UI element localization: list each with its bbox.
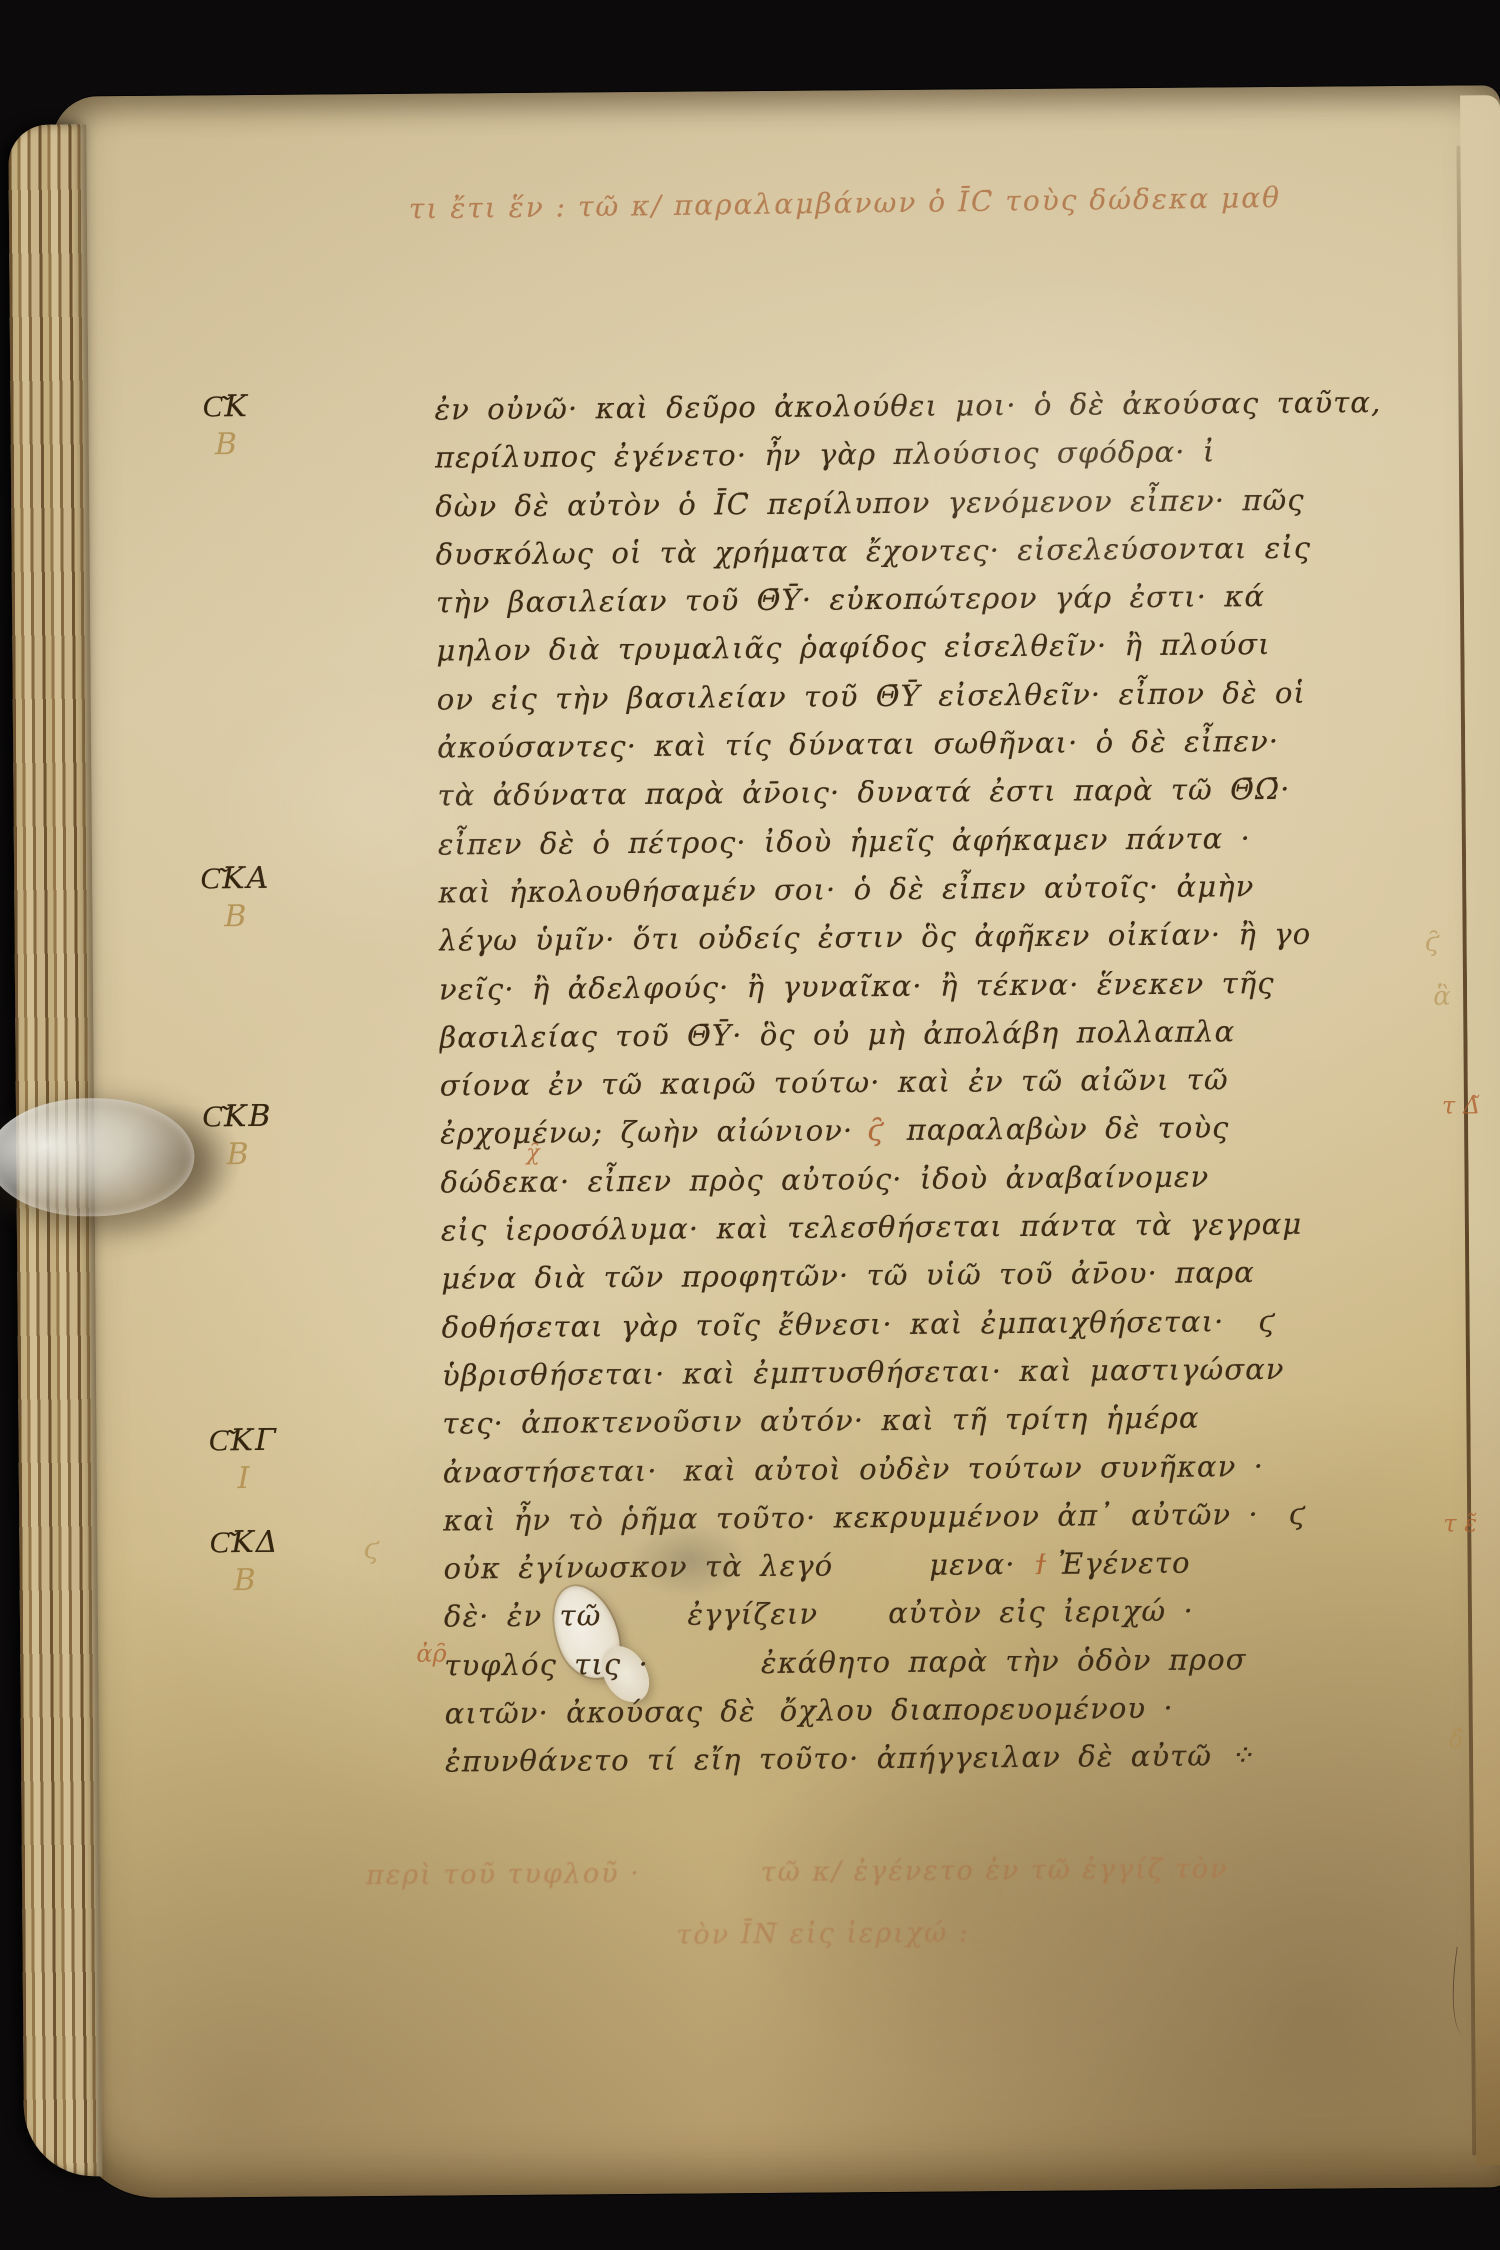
text-part: εἶπεν δὲ ὁ πέτρος· ἰδοὺ ἡμεῖς ἀφήκαμεν π… — [438, 814, 1251, 869]
margin-gold-mark: ἃ — [1433, 982, 1451, 1012]
margin-gold-mark: ϛ — [363, 1532, 379, 1565]
text-part: ἐκάθητο παρὰ τὴν ὁδὸν προσ — [761, 1635, 1247, 1687]
text-part: εἰς ἱεροσόλυμα· καὶ τελεσθήσεται πάντα τ… — [441, 1200, 1303, 1255]
text-part: ἀκούσαντες· καὶ τίς δύναται σωθῆναι· ὁ δ… — [437, 717, 1279, 772]
ammonian-section-number: Ϲ͂Κ — [202, 391, 249, 423]
text-line: τὴν βασιλείαν τοῦ Θ̄Ῡ· εὐκοπώτερον γάρ ἐ… — [436, 571, 1408, 627]
text-line: δώδεκα· εἶπεν πρὸς αὐτούς· ἰδοὺ ἀναβαίνο… — [440, 1151, 1412, 1207]
text-part: τὰ ἀδύνατα παρὰ ἀν̄οις· δυνατά ἐστι παρὰ… — [437, 765, 1290, 820]
text-part: ἐρχομένω; ζωὴν αἰώνιον· — [440, 1107, 853, 1159]
text-part: τὸν ῙΝ̄ εἰς ἰεριχώ : — [676, 1917, 970, 1950]
eusebian-canon-letter: Ι — [209, 1462, 278, 1494]
text-line: ἐν οὐνῶ· καὶ δεῦρο ἀκολούθει μοι· ὁ δὲ ἀ… — [434, 378, 1406, 434]
text-part: οὐκ ἐγίνωσκον τὰ λεγό — [443, 1542, 833, 1593]
text-line: καὶ ἠκολουθήσαμέν σοι· ὁ δὲ εἶπεν αὐτοῖς… — [438, 861, 1410, 917]
photograph-of-manuscript: { "meta": { "description": "Greek Gospel… — [0, 0, 1500, 2250]
text-line: νεῖς· ἢ ἀδελφούς· ἢ γυναῖκα· ἢ τέκνα· ἕν… — [439, 957, 1411, 1013]
lection-note-line2: τὸν ῙΝ̄ εἰς ἰεριχώ : — [676, 1914, 1376, 1950]
text-part: ἀναστήσεται· — [443, 1446, 658, 1496]
text-line: οὐκ ἐγίνωσκον τὰ λεγόμενα·ϯἘγένετο — [443, 1537, 1415, 1593]
text-line: τυφλός τις ·ἐκάθητο παρὰ τὴν ὁδὸν προσ — [444, 1634, 1416, 1690]
section-number-group: Ϲ͂ΚΓΙ — [208, 1425, 278, 1495]
section-number-group: Ϲ͂ΚΔΒ — [209, 1527, 280, 1597]
ammonian-section-number: Ϲ͂ΚΓ — [208, 1425, 277, 1457]
text-line: τὰ ἀδύνατα παρὰ ἀν̄οις· δυνατά ἐστι παρὰ… — [437, 764, 1409, 820]
text-line: καὶ ἦν τὸ ῥῆμα τοῦτο· κεκρυμμένον ἀπ᾽ αὐ… — [443, 1489, 1415, 1545]
text-part: παραλαβὼν δὲ τοὺς — [906, 1104, 1229, 1155]
section-number-group: Ϲ͂ΚΒ — [202, 391, 249, 460]
ammonian-section-number: Ϲ͂ΚΑ — [200, 863, 270, 895]
lection-note-line1: περὶ τοῦ τυφλοῦ ·τῶ κ/ ἐγένετο ἐν τῶ ἐγγ… — [366, 1851, 1476, 1891]
text-line: εἶπεν δὲ ὁ πέτρος· ἰδοὺ ἡμεῖς ἀφήκαμεν π… — [438, 813, 1410, 869]
text-line: αιτῶν· ἀκούσας δὲὄχλου διαπορευομένου · — [445, 1682, 1417, 1738]
text-part: τὴν βασιλείαν τοῦ Θ̄Ῡ· εὐκοπώτερον γάρ ἐ… — [436, 572, 1266, 627]
text-part: τῶ κ/ ἐγένετο ἐν τῶ ἐγγίζ τὸν — [761, 1853, 1229, 1888]
text-part: καὶ αὐτοὶ οὐδὲν τούτων συνῆκαν · — [683, 1442, 1264, 1495]
running-title-rubric: τι ἔτι ἕν : τῶ κ/ παραλαμβάνων ὁ ῙϹ̄ τοὺ… — [409, 179, 1429, 225]
margin-red-mark: χ̑ — [526, 1141, 540, 1166]
ammonian-section-number: Ϲ͂ΚΔ — [209, 1527, 279, 1559]
text-line: ον εἰς τὴν βασιλείαν τοῦ Θ̄Ῡ εἰσελθεῖν· … — [437, 668, 1409, 724]
text-line: δὲ· ἐν τῶἐγγίζειναὐτὸν εἰς ἰεριχώ · — [444, 1585, 1416, 1641]
eusebian-canon-letter: Β — [210, 1564, 280, 1596]
text-part: τες· ἀποκτενοῦσιν αὐτόν· καὶ τῆ τρίτη ἡμ… — [442, 1394, 1200, 1448]
text-part: δυσκόλως οἱ τὰ χρήματα ἔχοντες· εἰσελεύσ… — [435, 524, 1311, 579]
text-part: λέγω ὑμῖν· ὅτι οὐδείς ἐστιν ὃς ἀφῆκεν οἰ… — [438, 910, 1311, 965]
section-number-group: Ϲ͂ΚΑΒ — [200, 863, 271, 933]
text-line: δοθήσεται γὰρ τοῖς ἔθνεσι· καὶ ἐμπαιχθήσ… — [442, 1296, 1414, 1352]
text-part: ὄχλου διαπορευομένου · — [779, 1684, 1173, 1735]
margin-red-mark: ἀρ̑ — [416, 1639, 447, 1667]
text-line: μηλον διὰ τρυμαλιᾶς ῥαφίδος εἰσελθεῖν· ἢ… — [436, 619, 1408, 675]
text-part: σίονα ἐν τῶ καιρῶ τούτω· καὶ ἐν τῶ αἰῶνι… — [440, 1055, 1229, 1109]
text-part: ἐγγίζειν — [687, 1590, 818, 1639]
margin-red-mark: τ ε̃ — [1443, 1509, 1477, 1537]
text-line: βασιλείας τοῦ Θ̄Ῡ· ὃς οὐ μὴ ἀπολάβη πολλ… — [439, 1006, 1411, 1062]
text-line: ἐπυνθάνετο τί εἴη τοῦτο· ἀπήγγειλαν δὲ α… — [445, 1730, 1417, 1786]
text-line: μένα διὰ τῶν προφητῶν· τῶ υἱῶ τοῦ ἀν̄ου·… — [441, 1247, 1413, 1303]
text-part: νεῖς· ἢ ἀδελφούς· ἢ γυναῖκα· ἢ τέκνα· ἕν… — [439, 959, 1275, 1014]
text-part: ϛ — [1289, 1490, 1307, 1538]
section-number-group: Ϲ͂ΚΒΒ — [202, 1101, 273, 1171]
text-part: καὶ ἠκολουθήσαμέν σοι· ὁ δὲ εἶπεν αὐτοῖς… — [438, 862, 1255, 917]
text-part: ἐπυνθάνετο τί εἴη τοῦτο· ἀπήγγειλαν δὲ α… — [445, 1731, 1255, 1786]
text-part: δώδεκα· εἶπεν πρὸς αὐτούς· ἰδοὺ ἀναβαίνο… — [440, 1152, 1209, 1206]
text-part: μένα διὰ τῶν προφητῶν· τῶ υἱῶ τοῦ ἀν̄ου·… — [441, 1248, 1255, 1303]
text-part: δὼν δὲ αὐτὸν ὁ ῙϹ̄ περίλυπον γενόμενον ε… — [435, 475, 1305, 530]
text-line: σίονα ἐν τῶ καιρῶ τούτω· καὶ ἐν τῶ αἰῶνι… — [440, 1054, 1412, 1110]
text-line: δὼν δὲ αὐτὸν ὁ ῙϹ̄ περίλυπον γενόμενον ε… — [435, 475, 1407, 531]
text-part: περίλυπος ἐγένετο· ἦν γὰρ πλούσιος σφόδρ… — [435, 428, 1216, 482]
text-line: ἐρχομένω; ζωὴν αἰώνιον·ϛ̑παραλαβὼν δὲ το… — [440, 1102, 1412, 1158]
marginal-marks: ϛ̑ἃτ Δ̃χ̑τ ε̃ϛἀρ̑δ̓ — [52, 85, 1500, 96]
text-part: ϛ — [1258, 1297, 1276, 1345]
text-line: ἀναστήσεται·καὶ αὐτοὶ οὐδὲν τούτων συνῆκ… — [443, 1440, 1415, 1496]
eusebian-section-numbers: Ϲ͂ΚΒϹ͂ΚΑΒϹ͂ΚΒΒϹ͂ΚΓΙϹ͂ΚΔΒ — [52, 85, 1500, 96]
text-line: δυσκόλως οἱ τὰ χρήματα ἔχοντες· εἰσελεύσ… — [435, 523, 1407, 579]
text-part: αιτῶν· ἀκούσας δὲ — [445, 1687, 756, 1738]
eusebian-canon-letter: Β — [203, 429, 250, 461]
text-part: ϛ̑ — [867, 1106, 885, 1154]
text-part: βασιλείας τοῦ Θ̄Ῡ· ὃς οὐ μὴ ἀπολάβη πολλ… — [439, 1007, 1235, 1062]
text-part: ἐν οὐνῶ· καὶ δεῦρο ἀκολούθει μοι· ὁ δὲ ἀ… — [434, 378, 1381, 434]
text-line: τες· ἀποκτενοῦσιν αὐτόν· καὶ τῆ τρίτη ἡμ… — [442, 1392, 1414, 1448]
text-part: μενα· — [929, 1540, 1016, 1589]
text-part: περὶ τοῦ τυφλοῦ · — [366, 1858, 641, 1891]
margin-red-mark: τ Δ̃ — [1442, 1091, 1480, 1119]
text-part: αὐτὸν εἰς ἰεριχώ · — [888, 1587, 1194, 1638]
text-line: εἰς ἱεροσόλυμα· καὶ τελεσθήσεται πάντα τ… — [441, 1199, 1413, 1255]
main-text-block: ἐν οὐνῶ· καὶ δεῦρο ἀκολούθει μοι· ὁ δὲ ἀ… — [434, 378, 1417, 1786]
eusebian-canon-letter: Β — [202, 1138, 273, 1170]
text-part: δὲ· ἐν τῶ — [444, 1592, 602, 1642]
text-line: ὑβρισθήσεται· καὶ ἐμπτυσθήσεται· καὶ μασ… — [442, 1344, 1414, 1400]
eusebian-canon-letter: Β — [200, 900, 270, 932]
margin-gold-mark: ϛ̑ — [1425, 928, 1440, 958]
text-part: ϯ — [1035, 1540, 1046, 1588]
text-part: ὑβρισθήσεται· καὶ ἐμπτυσθήσεται· καὶ μασ… — [442, 1345, 1285, 1400]
text-line: λέγω ὑμῖν· ὅτι οὐδείς ἐστιν ὃς ἀφῆκεν οἰ… — [438, 909, 1410, 965]
margin-gold-mark: δ̓ — [1449, 1726, 1464, 1754]
text-part: ον εἰς τὴν βασιλείαν τοῦ Θ̄Ῡ εἰσελθεῖν· … — [437, 669, 1307, 724]
text-part: μηλον διὰ τρυμαλιᾶς ῥαφίδος εἰσελθεῖν· ἢ… — [436, 620, 1271, 675]
text-part: τυφλός τις · — [444, 1640, 649, 1690]
text-part: καὶ ἦν τὸ ῥῆμα τοῦτο· κεκρυμμένον ἀπ᾽ αὐ… — [443, 1490, 1259, 1545]
manuscript-page: τι ἔτι ἕν : τῶ κ/ παραλαμβάνων ὁ ῙϹ̄ τοὺ… — [52, 85, 1500, 2198]
ammonian-section-number: Ϲ͂ΚΒ — [202, 1101, 273, 1133]
text-line: περίλυπος ἐγένετο· ἦν γὰρ πλούσιος σφόδρ… — [435, 426, 1407, 482]
text-part: δοθήσεται γὰρ τοῖς ἔθνεσι· καὶ ἐμπαιχθήσ… — [442, 1297, 1225, 1351]
text-line: ἀκούσαντες· καὶ τίς δύναται σωθῆναι· ὁ δ… — [437, 716, 1409, 772]
text-part: Ἐγένετο — [1058, 1539, 1190, 1588]
